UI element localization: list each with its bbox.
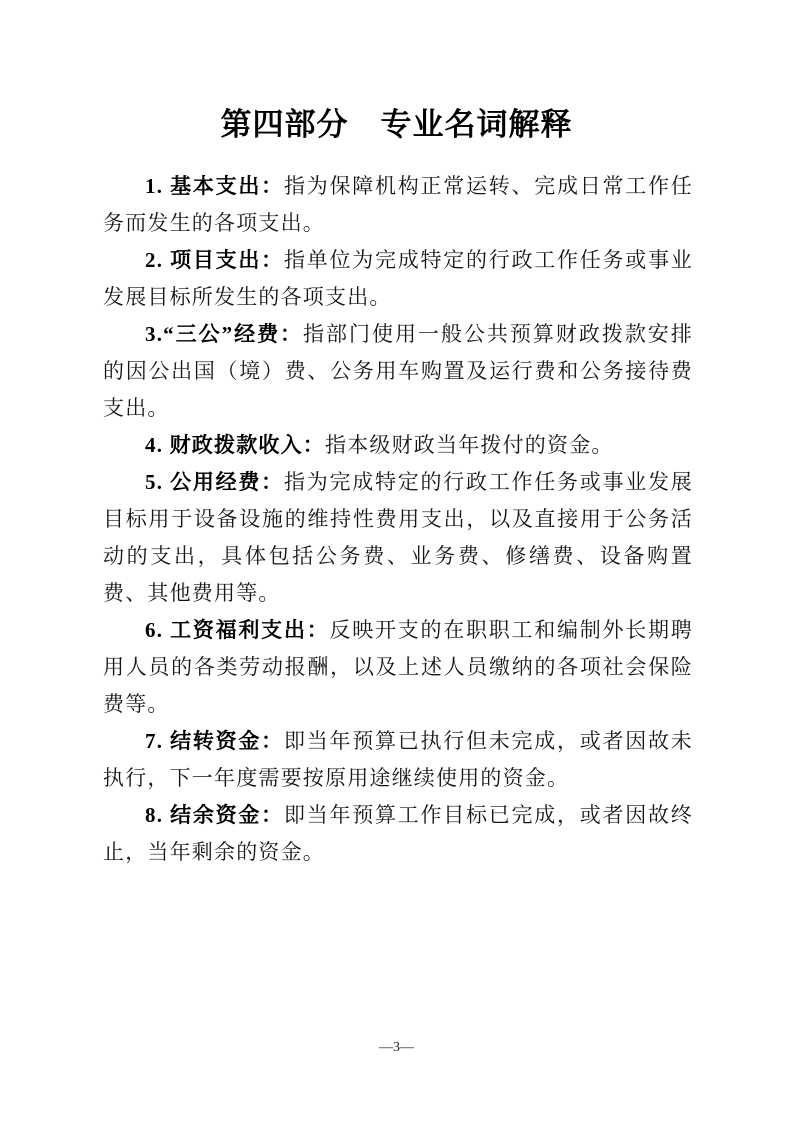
term-label: 1. 基本支出： [145, 174, 284, 198]
term-item-salary-welfare-expenditure: 6. 工资福利支出：反映开支的在职职工和编制外长期聘用人员的各类劳动报酬，以及上… [103, 612, 693, 723]
term-label: 3.“三公”经费： [145, 322, 303, 346]
term-label: 4. 财政拨款收入： [145, 433, 325, 457]
term-label: 5. 公用经费： [145, 470, 284, 494]
term-item-surplus-funds: 8. 结余资金：即当年预算工作目标已完成，或者因故终止，当年剩余的资金。 [103, 797, 693, 871]
term-item-public-funds: 5. 公用经费：指为完成特定的行政工作任务或事业发展目标用于设备设施的维持性费用… [103, 464, 693, 612]
term-item-carryover-funds: 7. 结转资金：即当年预算已执行但未完成，或者因故未执行，下一年度需要按原用途继… [103, 723, 693, 797]
term-item-basic-expenditure: 1. 基本支出：指为保障机构正常运转、完成日常工作任务而发生的各项支出。 [103, 168, 693, 242]
document-page: 第四部分 专业名词解释 1. 基本支出：指为保障机构正常运转、完成日常工作任务而… [0, 0, 793, 1122]
term-label: 2. 项目支出： [145, 248, 284, 272]
term-item-project-expenditure: 2. 项目支出：指单位为完成特定的行政工作任务或事业发展目标所发生的各项支出。 [103, 242, 693, 316]
definitions-list: 1. 基本支出：指为保障机构正常运转、完成日常工作任务而发生的各项支出。 2. … [103, 168, 693, 871]
term-definition: 指本级财政当年拨付的资金。 [325, 433, 614, 457]
term-item-three-public-funds: 3.“三公”经费：指部门使用一般公共预算财政拨款安排的因公出国（境）费、公务用车… [103, 316, 693, 427]
term-label: 6. 工资福利支出： [145, 618, 329, 642]
page-title: 第四部分 专业名词解释 [0, 0, 793, 146]
page-number: —3— [0, 1040, 793, 1056]
term-label: 7. 结转资金： [145, 729, 284, 753]
term-item-fiscal-appropriation-income: 4. 财政拨款收入：指本级财政当年拨付的资金。 [103, 427, 693, 464]
term-label: 8. 结余资金： [145, 803, 284, 827]
